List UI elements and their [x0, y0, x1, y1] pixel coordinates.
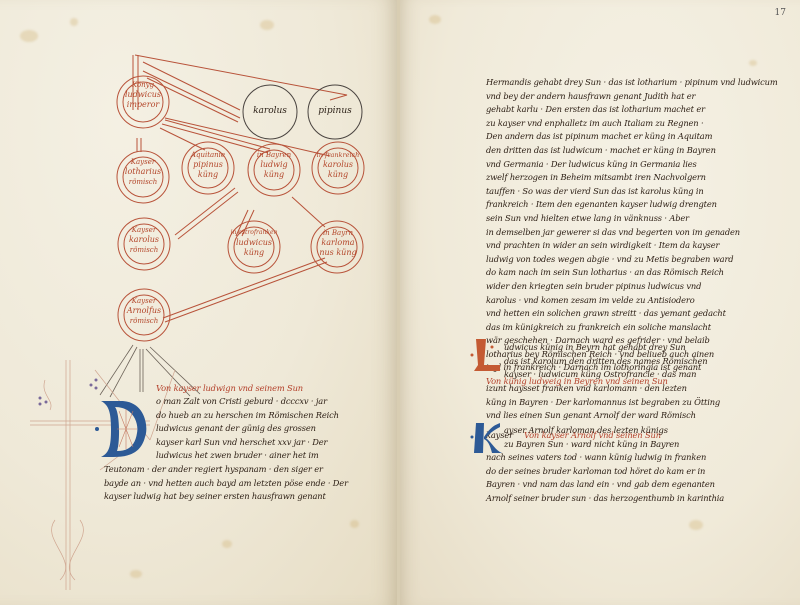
node-role: küng	[180, 170, 236, 180]
node-name: ludwicus	[118, 90, 168, 100]
text-line: zwelf herzogen in Beheim mitsambt iren N…	[486, 171, 778, 185]
node-title: Könyg	[118, 80, 168, 90]
node-title: in ostrofranken	[226, 228, 282, 238]
node-name: karolus	[310, 160, 366, 170]
text-line: Teutonam · der ander regiert hyspanam · …	[104, 463, 348, 477]
foxing-stain	[749, 60, 757, 66]
text-line: zu kayser vnd enphalletz im auch Italiam…	[486, 117, 778, 131]
text-line: ludwig von todes wegen abgie · vnd zu Me…	[486, 253, 778, 267]
text-line: karolus · vnd komen zesam im velde zu An…	[486, 294, 778, 308]
text-line: ayser Arnolf karloman des lezten künigs	[504, 424, 679, 438]
text-line: in demselben jar gewerer si das vnd bege…	[486, 226, 778, 240]
node-title: in frankreich	[310, 150, 366, 160]
diagram-node-ludwig: Könyg ludwicus imperor	[118, 80, 168, 110]
text-line: Arnolf seiner bruder sun · das herzogent…	[486, 492, 724, 506]
text-line: udwicus künig in Beyrn hat gehabt drey S…	[504, 341, 707, 355]
node-title: Aquitanie	[180, 150, 236, 160]
text-line: kayser ludwig hat bey seiner ersten haus…	[104, 490, 348, 504]
left-page-heading: Von kayser ludwign vnd seinem Sun	[156, 382, 303, 396]
node-name: pipinus	[308, 106, 362, 116]
text-line: bayde an · vnd hetten auch bayd am letzt…	[104, 477, 348, 491]
text-line: Den andern das ist pipinum machet er kün…	[486, 130, 778, 144]
initial-l-icon	[470, 337, 502, 373]
rubric-heading: Von kayser ludwign vnd seinem Sun	[156, 382, 303, 396]
node-name: ludwig	[246, 160, 302, 170]
text-line: Bayren · vnd nam das land ein · vnd gab …	[486, 478, 724, 492]
diagram-node-lotharius: Kayser lotharius römisch	[118, 157, 168, 187]
text-line: den dritten das ist ludwicum · machet er…	[486, 144, 778, 158]
diagram-node-karolus-kayser: Kayser karolus römisch	[118, 225, 170, 255]
text-line: gehabt karlu · Den ersten das ist lothar…	[486, 103, 778, 117]
text-line: o man Zalt von Cristi geburd · dcccxv · …	[156, 395, 339, 409]
genealogy-diagram	[0, 0, 400, 605]
node-name: lotharius	[118, 167, 168, 177]
text-line: kayser karl Sun vnd herschet xxv jar · D…	[156, 436, 339, 450]
text-line: izunt haysset franken vnd karlomann · de…	[486, 382, 720, 396]
node-role: küng	[226, 248, 282, 258]
text-line: Hermandis gehabt drey Sun · das ist loth…	[486, 76, 778, 90]
diagram-node-karolus-frankreich: in frankreich karolus küng	[310, 150, 366, 180]
node-role: römisch	[118, 316, 170, 326]
text-line: vnd prachten in wider an sein wirdigkeit…	[486, 239, 778, 253]
diagram-node-pipinus-aquitania: Aquitanie pipinus küng	[180, 150, 236, 180]
diagram-node-arnolfus: Kayser Arnolfus römisch	[118, 296, 170, 326]
node-name: ludwicus	[226, 238, 282, 248]
node-role: küng	[246, 170, 302, 180]
diagram-node-ludwig-ostfranken: in ostrofranken ludwicus küng	[226, 228, 282, 258]
diagram-node-ludwig-bayern: in Bayren ludwig küng	[246, 150, 302, 180]
node-title: Kayser	[118, 157, 168, 167]
right-page-body-3b: nach seines vaters tod · wann künig ludw…	[486, 451, 724, 505]
node-title: Kayser	[118, 225, 170, 235]
node-name: karloma	[310, 238, 366, 248]
node-role: nus küng	[310, 248, 366, 258]
node-role: küng	[310, 170, 366, 180]
text-line: do kam nach im sein Sun lotharius · an d…	[486, 266, 778, 280]
text-line: do der seines bruder karloman tod höret …	[486, 465, 724, 479]
node-role: imperor	[118, 100, 168, 110]
text-line: wider den kriegten sein bruder pipinus l…	[486, 280, 778, 294]
node-role: römisch	[118, 177, 168, 187]
text-line: tauffen · So was der vierd Sun das ist k…	[486, 185, 778, 199]
initial-k-icon	[470, 421, 502, 455]
node-name: karolus	[118, 235, 170, 245]
node-role: römisch	[118, 245, 170, 255]
text-line: zu Bayren Sun · ward nicht küng in Bayre…	[504, 438, 679, 452]
foxing-stain	[429, 15, 441, 24]
right-page-body-3: ayser Arnolf karloman des lezten künigs …	[504, 424, 679, 451]
text-line: vnd Germania · Der ludwicus küng in Germ…	[486, 158, 778, 172]
text-line: das im künigkreich zu frankreich ein sol…	[486, 321, 778, 335]
diagram-node-karloman: in Bayrn karloma nus küng	[310, 228, 366, 258]
manuscript-spread: 17	[0, 0, 800, 605]
left-page-body-cont: Teutonam · der ander regiert hyspanam · …	[104, 463, 348, 504]
node-name: pipinus	[180, 160, 236, 170]
foxing-stain	[689, 520, 703, 530]
text-line: ludwicus genant der günig des grossen	[156, 422, 339, 436]
text-line: ludwicus het zwen bruder · ainer het im	[156, 449, 339, 463]
folio-number: 17	[775, 8, 786, 18]
text-line: vnd lies einen Sun genant Arnolf der war…	[486, 409, 720, 423]
text-line: kayser · ludwicum küng Ostrofrancie · da…	[504, 368, 707, 382]
text-line: vnd hetten ein solichen grawn streitt · …	[486, 307, 778, 321]
node-name: karolus	[243, 106, 297, 116]
node-title: in Bayren	[246, 150, 302, 160]
decorated-initial-l	[470, 337, 502, 373]
text-line: sein Sun vnd hielten etwe lang in vänknu…	[486, 212, 778, 226]
decorated-initial-k	[470, 421, 502, 455]
text-line: das ist karolum den dritten des names Rö…	[504, 355, 707, 369]
node-name: Arnolfus	[118, 306, 170, 316]
text-line: nach seines vaters tod · wann künig ludw…	[486, 451, 724, 465]
right-page-body-2: udwicus künig in Beyrn hat gehabt drey S…	[504, 341, 707, 382]
text-line: vnd bey der andern hausfrawn genant Judi…	[486, 90, 778, 104]
left-page-body: o man Zalt von Cristi geburd · dcccxv · …	[156, 395, 339, 463]
initial-d-icon	[93, 397, 151, 459]
node-title: in Bayrn	[310, 228, 366, 238]
diagram-node-pipinus: pipinus	[308, 106, 362, 116]
diagram-node-karolus: karolus	[243, 106, 297, 116]
text-line: do hueb an zu herschen im Römischen Reic…	[156, 409, 339, 423]
text-line: frankreich · Item den egenanten kayser l…	[486, 198, 778, 212]
decorated-initial-d	[93, 397, 151, 459]
text-line: küng in Bayren · Der karlomannus ist beg…	[486, 396, 720, 410]
node-title: Kayser	[118, 296, 170, 306]
